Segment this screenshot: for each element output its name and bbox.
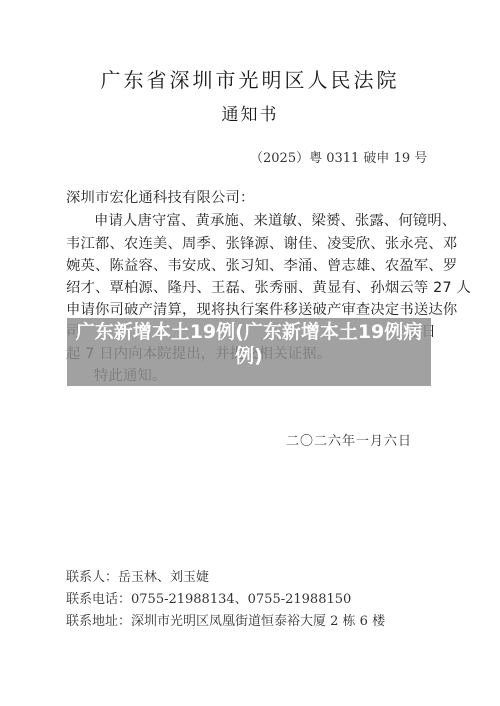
body-line-3: 婉英、陈益容、韦安成、张习知、李涌、曾志雄、农盈军、罗 [66,255,436,277]
news-headline-text[interactable]: 广东新增本土19例(广东新增本土19例病例) [67,318,431,368]
case-number: （2025）粤 0311 破申 19 号 [250,147,427,166]
addressee: 深圳市宏化通科技有限公司： [66,187,436,209]
contact-phone: 联系电话：0755-21988134、0755-21988150 [66,588,351,607]
court-title: 广东省深圳市光明区人民法院 [0,64,500,93]
body-line-1: 申请人唐守富、黄承施、来道敏、梁赟、张露、何镜明、 [66,210,436,232]
body-line-2: 韦江都、农连美、周季、张锋源、谢佳、凌雯欣、张永亮、邓 [66,233,436,255]
issue-date: 二〇二六年一月六日 [286,430,412,449]
document-title: 通知书 [0,100,500,125]
body-line-4: 绍才、覃柏源、隆丹、王磊、张秀丽、黄显有、孙烟云等 27 人 [66,277,436,299]
contact-address: 联系地址：深圳市光明区凤凰街道恒泰裕大厦 2 栋 6 楼 [66,610,385,629]
contact-person: 联系人：岳玉林、刘玉婕 [66,566,209,585]
